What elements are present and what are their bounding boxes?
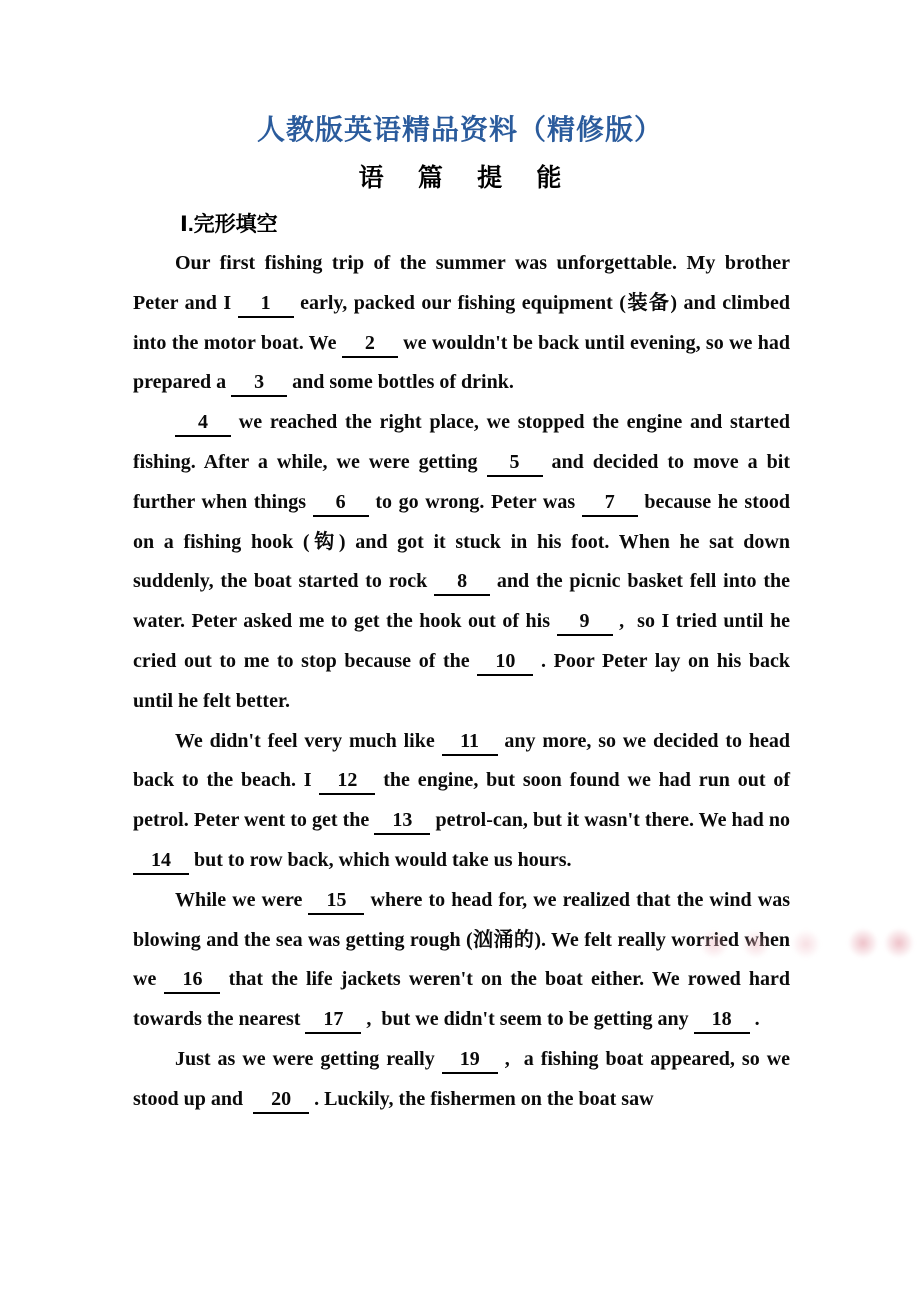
blank-15: 15 [308,887,364,915]
blank-7: 7 [582,489,638,517]
blank-10: 10 [477,648,533,676]
blank-3: 3 [231,369,287,397]
worksheet-page: 人教版英语精品资料（精修版） 语 篇 提 能 Ⅰ.完形填空 Our first … [0,0,920,1302]
paragraph: Just as we were getting really 19 , a fi… [133,1040,790,1120]
blank-17: 17 [305,1006,361,1034]
page-subtitle: 语 篇 提 能 [0,158,920,194]
paragraph: 4 we reached the right place, we stopped… [133,403,790,721]
blank-6: 6 [313,489,369,517]
blank-18: 18 [694,1006,750,1034]
blank-4: 4 [175,409,231,437]
blank-16: 16 [164,966,220,994]
blank-9: 9 [557,608,613,636]
blank-11: 11 [442,728,498,756]
blank-13: 13 [374,807,430,835]
section-heading-cloze: Ⅰ.完形填空 [180,208,278,238]
blank-5: 5 [487,449,543,477]
blank-1: 1 [238,290,294,318]
paragraph: While we were 15 where to head for, we r… [133,881,790,1040]
blank-19: 19 [442,1046,498,1074]
page-title: 人教版英语精品资料（精修版） [0,108,920,148]
blank-8: 8 [434,568,490,596]
blank-2: 2 [342,330,398,358]
paragraph: We didn't feel very much like 11 any mor… [133,722,790,881]
blank-14: 14 [133,847,189,875]
blank-12: 12 [319,767,375,795]
cloze-passage: Our first fishing trip of the summer was… [133,244,790,1120]
paragraph: Our first fishing trip of the summer was… [133,244,790,403]
blank-20: 20 [253,1086,309,1114]
